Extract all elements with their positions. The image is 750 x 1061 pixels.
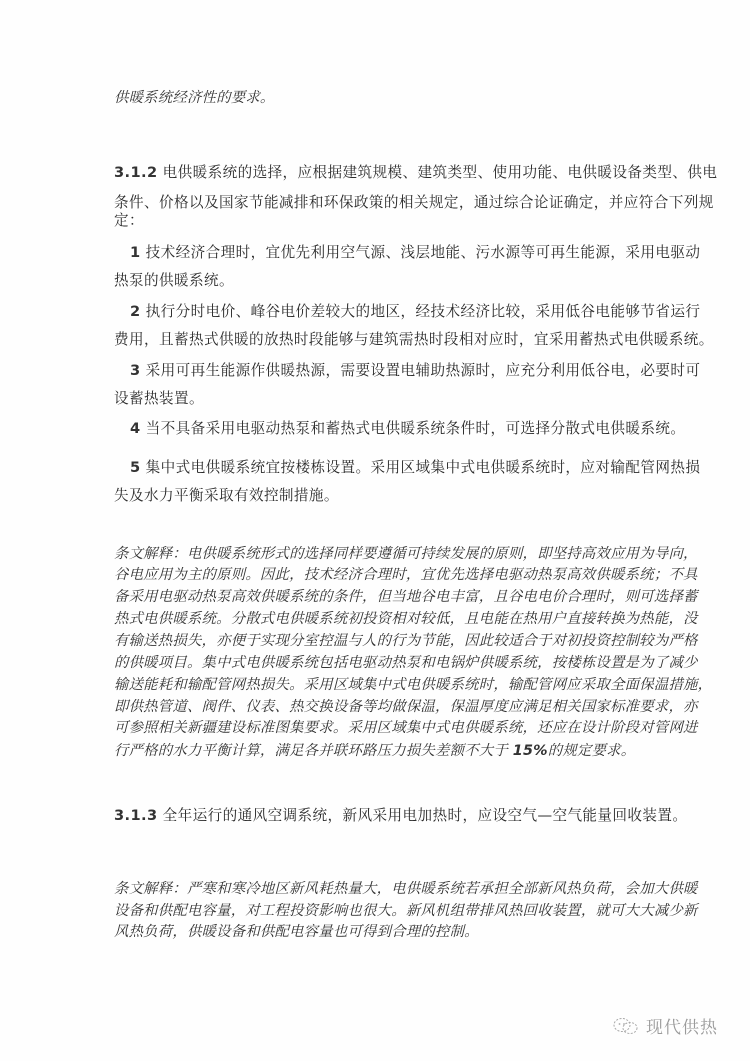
clause-number: 3.1.3 — [114, 807, 158, 824]
item-1-cont: 热泵的供暖系统。 — [114, 271, 638, 291]
top-fragment: 供暖系统经济性的要求。 — [114, 88, 638, 108]
explanation-312-line: 有输送热损失，亦便于实现分室控温与人的行为节能，因此较适合于对初投资控制较为严格 — [114, 631, 638, 651]
item-3-cont: 设蓄热装置。 — [114, 389, 638, 409]
explanation-312-line: 可参照相关新疆建设标准图集要求。采用区域集中式电供暖系统，还应在设计阶段对管网进 — [114, 718, 638, 738]
item-4: 4 当不具备采用电驱动热泵和蓄热式电供暖系统条件时，可选择分散式电供暖系统。 — [130, 419, 638, 439]
pressure-loss-value: 15% — [513, 743, 548, 759]
item-5: 5 集中式电供暖系统宜按楼栋设置。采用区域集中式电供暖系统时，应对输配管网热损 — [130, 458, 638, 478]
item-2-cont: 费用，且蓄热式供暖的放热时段能够与建筑需热时段相对应时，宜采用蓄热式电供暖系统。 — [114, 330, 638, 350]
explanation-312-line: 的供暖项目。集中式电供暖系统包括电驱动热泵和电锅炉供暖系统，按楼栋设置是为了减少 — [114, 653, 638, 673]
watermark-text: 现代供热 — [646, 1013, 718, 1038]
explanation-312-line: 备采用电驱动热泵高效供暖系统的条件，但当地谷电丰富，且谷电电价合理时，则可选择蓄 — [114, 587, 638, 607]
item-1: 1 技术经济合理时，宜优先利用空气源、浅层地能、污水源等可再生能源，采用电驱动 — [130, 243, 638, 263]
clause-313: 3.1.3 全年运行的通风空调系统，新风采用电加热时，应设空气—空气能量回收装置… — [114, 806, 638, 826]
explanation-312-line: 条文解释：电供暖系统形式的选择同样要遵循可持续发展的原则，即坚持高效应用为导向， — [114, 544, 638, 564]
clause-312-line-1: 3.1.2 电供暖系统的选择，应根据建筑规模、建筑类型、使用功能、电供暖设备类型… — [114, 163, 638, 183]
explanation-313-line: 风热负荷，供暖设备和供配电容量也可得到合理的控制。 — [114, 922, 638, 942]
explanation-312-last: 行严格的水力平衡计算，满足各并联环路压力损失差额不大于 15%的规定要求。 — [114, 741, 638, 761]
wechat-icon — [612, 1017, 640, 1035]
clause-312-line-3: 定： — [114, 211, 638, 231]
explanation-312-line: 谷电应用为主的原则。因此，技术经济合理时，宜优先选择电驱动热泵高效供暖系统；不具 — [114, 565, 638, 585]
item-3: 3 采用可再生能源作供暖热源，需要设置电辅助热源时，应充分利用低谷电，必要时可 — [130, 361, 638, 381]
explanation-313-line: 设备和供配电容量，对工程投资影响也很大。新风机组带排风热回收装置，就可大大减少新 — [114, 901, 638, 921]
document-page: 供暖系统经济性的要求。 3.1.2 电供暖系统的选择，应根据建筑规模、建筑类型、… — [0, 0, 750, 1061]
watermark: 现代供热 — [612, 1013, 718, 1038]
explanation-313-line: 条文解释：严寒和寒冷地区新风耗热量大，电供暖系统若承担全部新风热负荷，会加大供暖 — [114, 879, 638, 899]
explanation-312-line: 输送能耗和输配管网热损失。采用区域集中式电供暖系统时，输配管网应采取全面保温措施… — [114, 675, 638, 695]
clause-312-line-2: 条件、价格以及国家节能减排和环保政策的相关规定，通过综合论证确定，并应符合下列规 — [114, 193, 638, 213]
item-2: 2 执行分时电价、峰谷电价差较大的地区，经技术经济比较，采用低谷电能够节省运行 — [130, 302, 638, 322]
explanation-312-line: 热式电供暖系统。分散式电供暖系统初投资相对较低，且电能在热用户直接转换为热能，没 — [114, 609, 638, 629]
item-5-cont: 失及水力平衡采取有效控制措施。 — [114, 486, 638, 506]
explanation-312-line: 即供热管道、阀件、仪表、热交换设备等均做保温，保温厚度应满足相关国家标准要求，亦 — [114, 697, 638, 717]
clause-number: 3.1.2 — [114, 164, 158, 181]
